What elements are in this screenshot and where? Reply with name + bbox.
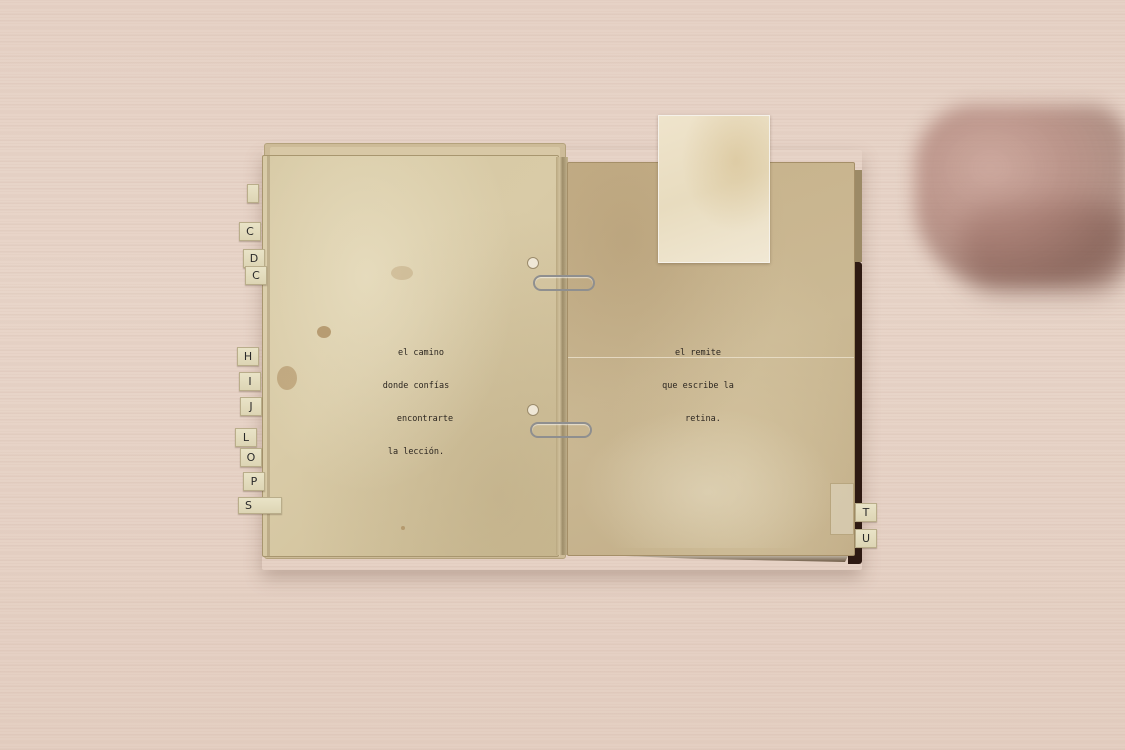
binder-ring-bottom — [530, 422, 592, 438]
poem-line: donde confías — [351, 381, 481, 392]
index-tab[interactable] — [247, 184, 259, 203]
index-tab-c[interactable]: C — [239, 222, 261, 241]
stain-spot — [401, 526, 405, 530]
stain-spot — [317, 326, 331, 338]
poem-line: que escribe la — [638, 381, 758, 392]
index-tab-s[interactable]: S — [238, 497, 282, 514]
poem-line: el camino — [351, 348, 481, 359]
left-page-poem: el camino donde confías encontrarte la l… — [351, 326, 481, 480]
poem-line: el remite — [638, 348, 758, 359]
index-tab-h[interactable]: H — [237, 347, 259, 366]
poem-line: la lección. — [351, 447, 481, 458]
weathered-photo-card — [658, 115, 770, 263]
index-tab-o[interactable]: O — [240, 448, 262, 467]
poem-line: retina. — [638, 414, 758, 425]
ring-hole — [527, 257, 539, 269]
index-tab-i[interactable]: I — [239, 372, 261, 391]
tape-patch — [830, 483, 854, 535]
motion-blurred-hand — [915, 105, 1125, 285]
index-tab-p[interactable]: P — [243, 472, 265, 491]
left-page: el camino donde confías encontrarte la l… — [262, 155, 559, 557]
index-tab-u[interactable]: U — [855, 529, 877, 548]
poem-line: encontrarte — [351, 414, 481, 425]
ring-hole — [527, 404, 539, 416]
stain-spot — [277, 366, 297, 390]
index-tab-t[interactable]: T — [855, 503, 877, 522]
index-tab-l[interactable]: L — [235, 428, 257, 447]
index-tab-j[interactable]: J — [240, 397, 262, 416]
stain-spot — [391, 266, 413, 280]
right-page-poem: el remite que escribe la retina. — [638, 326, 758, 447]
index-tab-c2[interactable]: C — [245, 266, 267, 285]
binder-ring-top — [533, 275, 595, 291]
